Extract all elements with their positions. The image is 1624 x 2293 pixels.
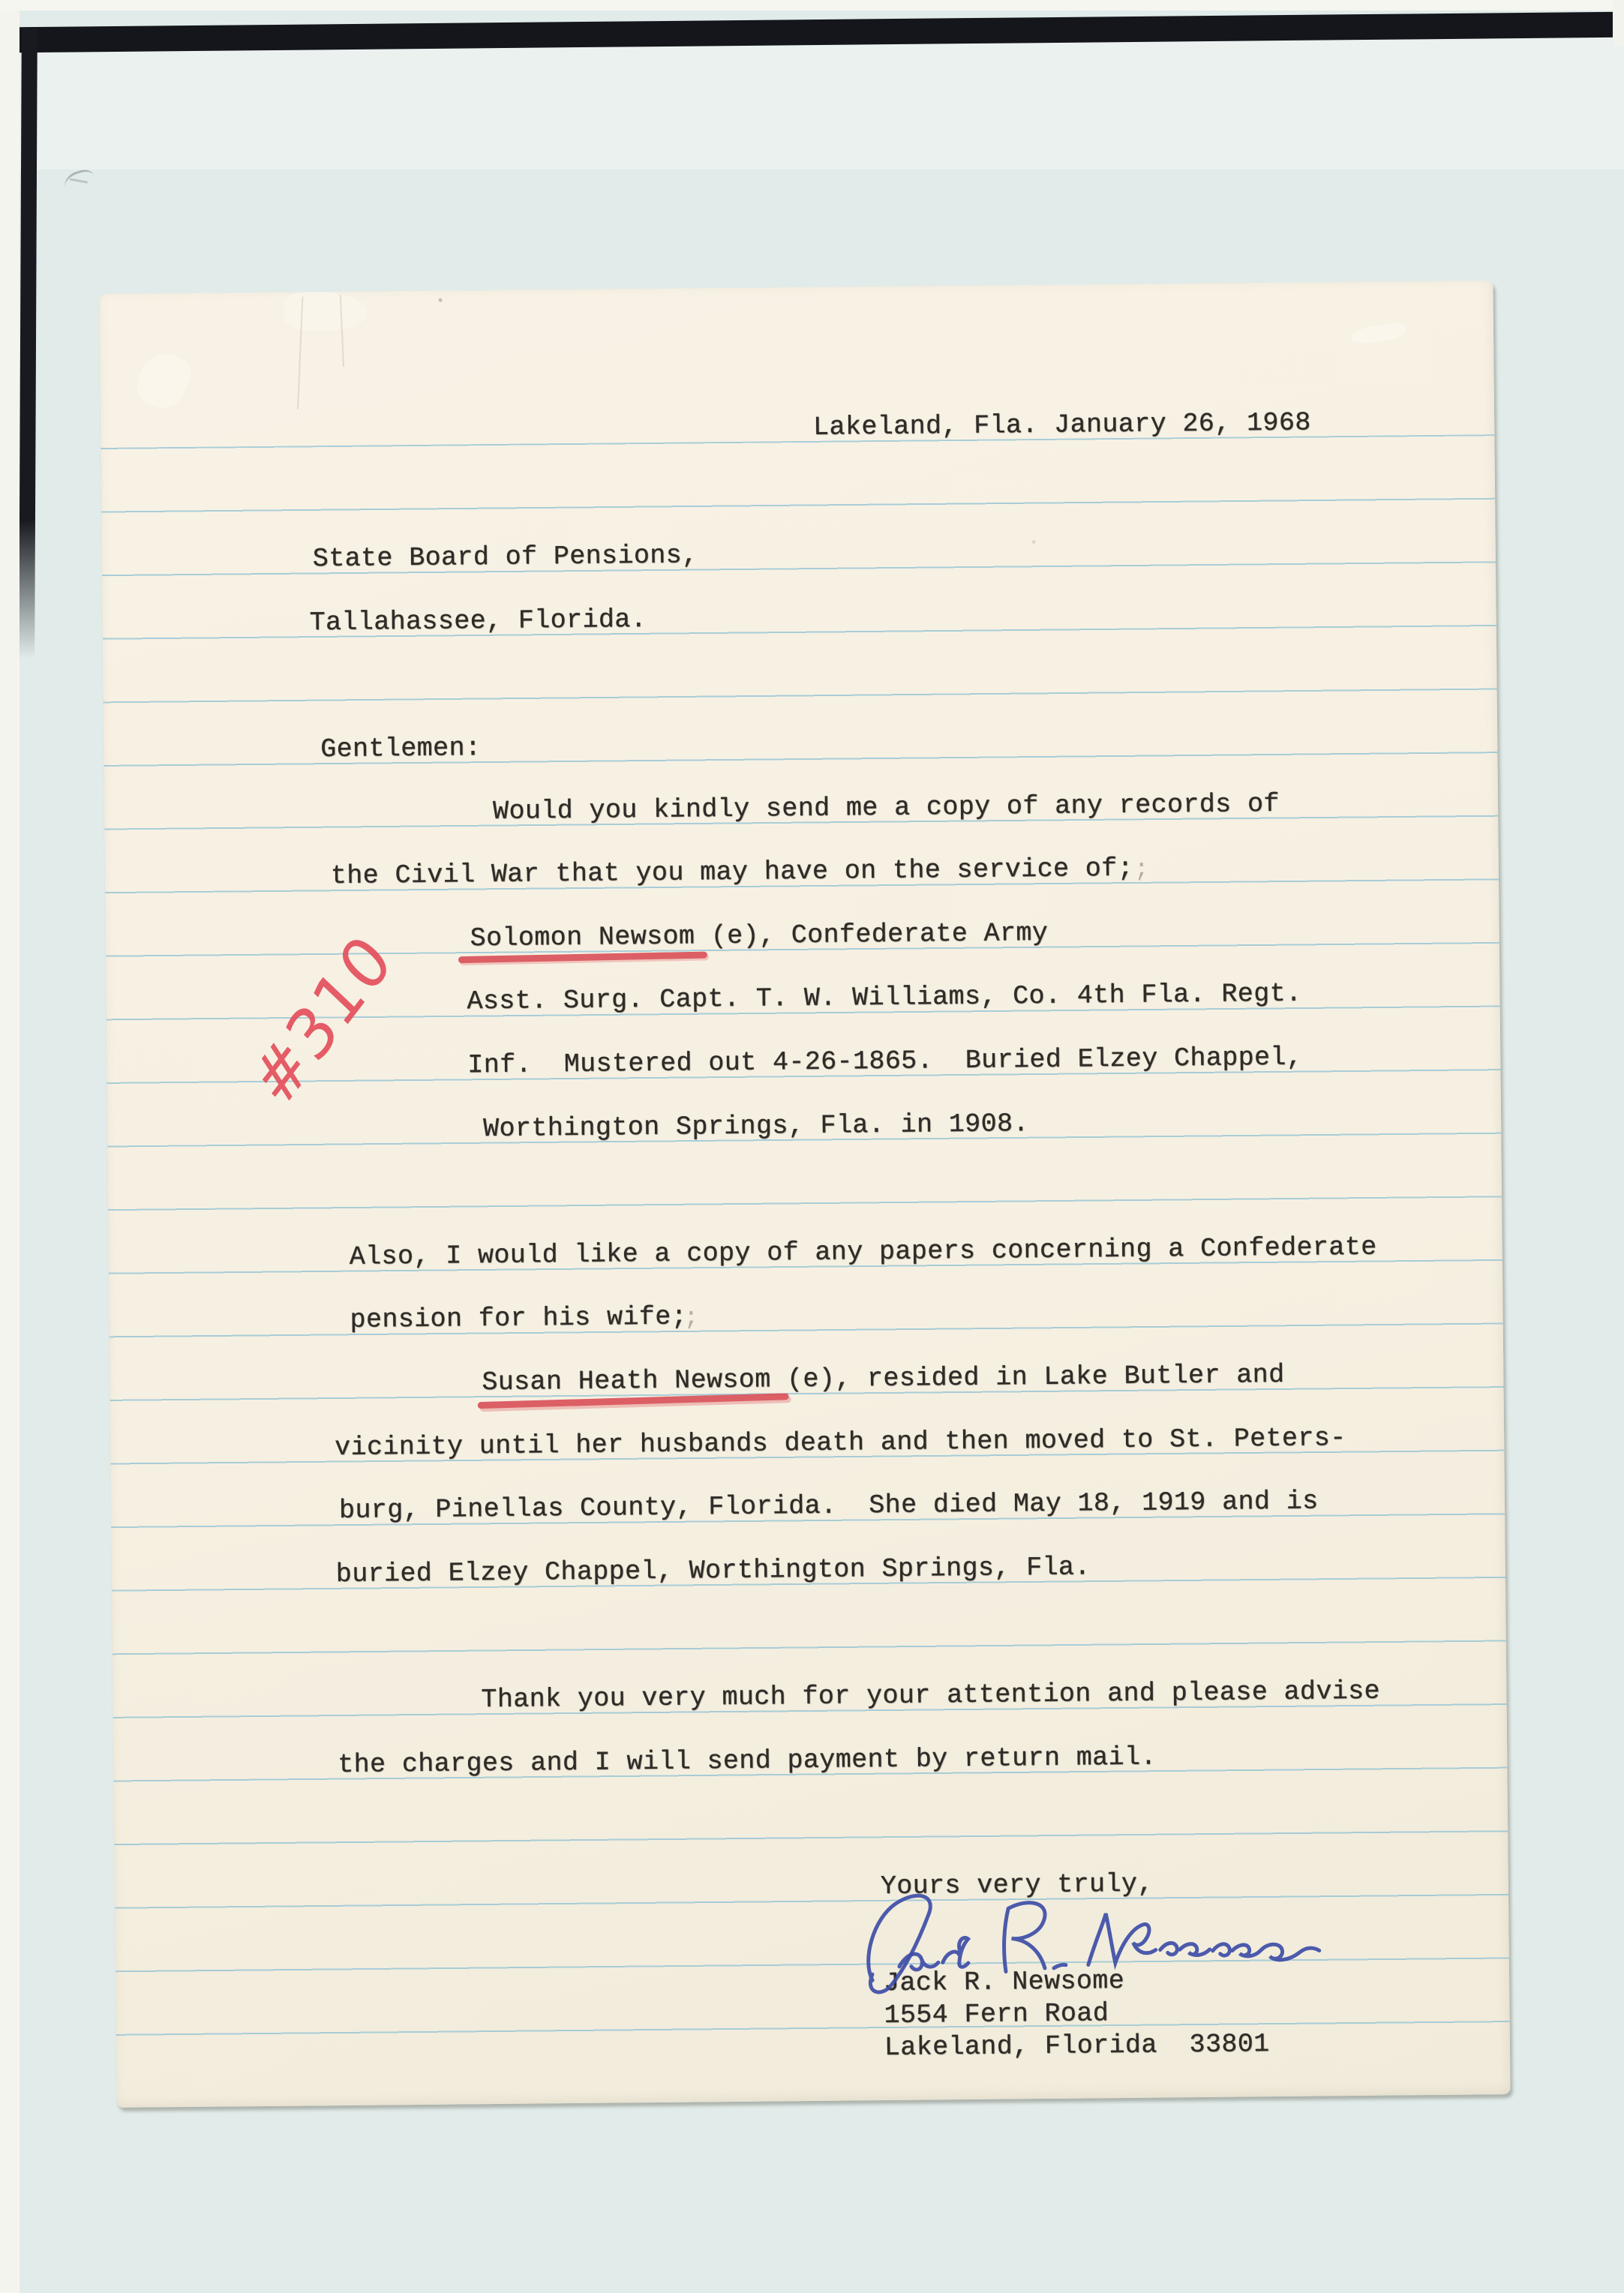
dateline: Lakeland, Fla. January 26, 1968 (813, 407, 1311, 442)
paper-speck (439, 299, 443, 302)
paper-tape-mark (284, 292, 366, 332)
recipient-line: Tallahassee, Florida. (309, 605, 647, 638)
recipient-line: State Board of Pensions, (313, 540, 698, 574)
paper-scuff-mark (131, 346, 196, 415)
overstruck-character: ; (1134, 856, 1149, 884)
paper-speck (1032, 540, 1036, 544)
salutation: Gentlemen: (320, 733, 481, 764)
scan-border-top (0, 0, 1624, 11)
scan-frame-left-edge (19, 29, 38, 659)
overstruck-character: ; (683, 1304, 698, 1331)
body-line: pension for his wife; (350, 1302, 687, 1335)
letter-paper: Lakeland, Fla. January 26, 1968 State Bo… (99, 281, 1510, 2108)
scan-border-left (0, 0, 20, 2293)
paper-scuff-mark (1350, 321, 1407, 346)
handwritten-signature-jack-r-newsome (846, 1871, 1328, 2006)
body-line: Worthington Springs, Fla. in 1908. (483, 1109, 1029, 1144)
scan-border-corner (1613, 0, 1624, 47)
soldier-name-line: Solomon Newsom (e), Confederate Army (470, 918, 1049, 953)
typed-signature-city: Lakeland, Florida 33801 (884, 2029, 1270, 2063)
scanner-bed-light-strip (20, 36, 1624, 170)
